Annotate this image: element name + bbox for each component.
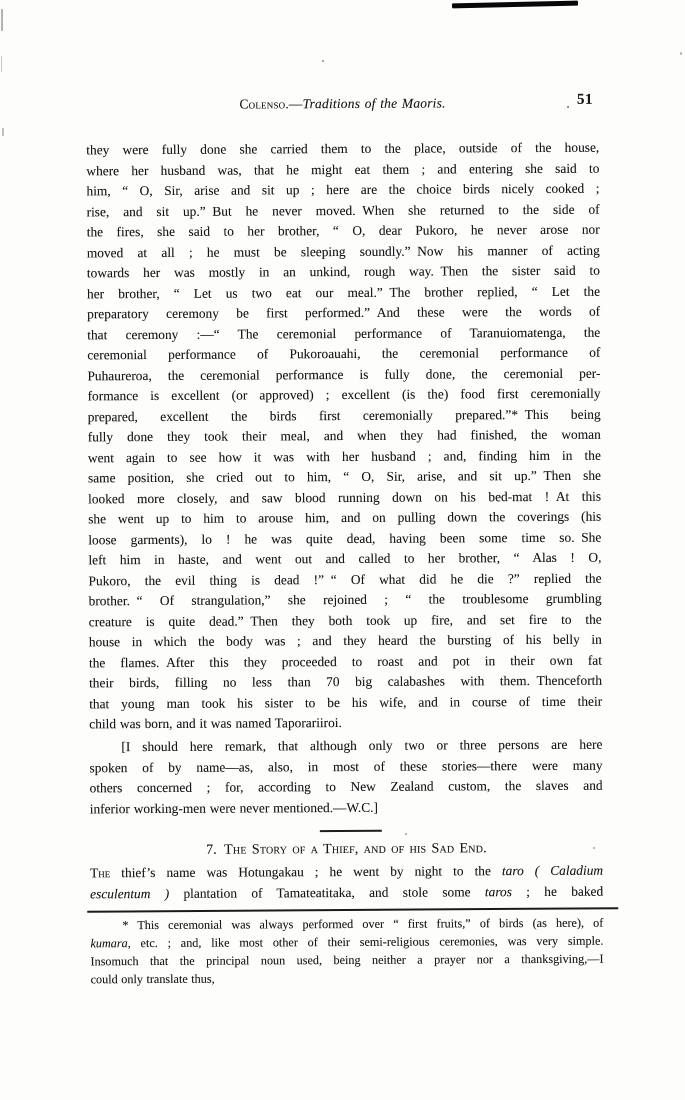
text-line: Puhaureroa, the ceremonial performance i… — [87, 363, 600, 386]
text-line: child was born, and it was named Taporar… — [89, 712, 602, 735]
text-line: fully done they took their meal, and whe… — [88, 425, 601, 448]
page-number: 51 — [577, 92, 593, 109]
running-head-title: Traditions of the Maoris. — [303, 95, 446, 111]
text-line: that young man took his sister to be his… — [89, 691, 602, 714]
text-line: loose garments), lo ! he was quite dead,… — [88, 527, 601, 550]
text-line: they were fully done she carried them to… — [86, 138, 599, 161]
text-line: others concerned ; for, according to New… — [90, 776, 603, 799]
text-line: rise, and sit up.” But he never moved. W… — [87, 199, 600, 222]
text-line: same position, she cried out to him, “ O… — [88, 466, 601, 489]
text-line: spoken of by name—as, also, in most of t… — [89, 755, 602, 778]
text-line: brother. “ Of strangulation,” she rejoin… — [89, 589, 602, 612]
footnote-separator-rule — [87, 907, 618, 912]
page-content: Colenso.—Traditions of the Maoris. 51 th… — [86, 95, 604, 1058]
scan-artifact-edge-mark — [1, 9, 3, 31]
text-line: that ceremony :—“ The ceremonial perform… — [87, 322, 600, 345]
scan-artifact-top-bar — [452, 1, 578, 8]
text-line: went again to see how it was with her hu… — [88, 445, 601, 468]
text-line: him, “ O, Sir, arise and sit up ; here a… — [86, 179, 599, 202]
text-line: towards her was mostly in an unkind, rou… — [87, 261, 600, 284]
text-line: Insomuch that the principal noun used, b… — [90, 950, 603, 971]
text-line: her brother, “ Let us two eat our meal.”… — [87, 281, 600, 304]
text-line: the flames. After this they proceeded to… — [89, 650, 602, 673]
scan-artifact-edge-mark — [1, 56, 2, 72]
text-line: where her husband was, that he might eat… — [86, 158, 599, 181]
scan-artifact-speck — [322, 60, 324, 62]
scan-artifact-page-dot — [567, 106, 569, 108]
text-line: The thief’s name was Hotungakau ; he wen… — [90, 861, 603, 884]
text-line: looked more closely, and saw blood runni… — [88, 486, 601, 509]
running-head-author: Colenso. — [239, 96, 289, 111]
text-line: could only translate thus, — [91, 968, 604, 989]
text-line: esculentum ) plantation of Tamateatitaka… — [90, 881, 603, 904]
text-line: [I should here remark, that although onl… — [89, 735, 602, 758]
text-line: left him in haste, and went out and call… — [88, 548, 601, 571]
scan-artifact-speck — [680, 52, 682, 55]
text-line: house in which the body was ; and they h… — [89, 630, 602, 653]
story-paragraph: they were fully done she carried them to… — [86, 138, 602, 735]
running-head-separator: — — [289, 96, 303, 111]
running-head: Colenso.—Traditions of the Maoris. 51 — [86, 95, 599, 118]
section-divider-rule — [320, 830, 382, 833]
text-line: ceremonial performance of Pukoroauahi, t… — [87, 343, 600, 366]
text-line: moved at all ; he must be sleeping sound… — [87, 240, 600, 263]
text-line: she went up to him to arouse him, and on… — [88, 507, 601, 530]
scan-artifact-edge-mark — [2, 128, 4, 136]
text-line: Pukoro, the evil thing is dead !” “ Of w… — [88, 568, 601, 591]
text-line: their birds, filling no less than 70 big… — [89, 671, 602, 694]
section-heading: 7. The Story of a Thief, and of his Sad … — [90, 841, 603, 860]
editor-note-paragraph: [I should here remark, that although onl… — [89, 735, 602, 820]
text-line: inferior working-men were never mentione… — [90, 796, 603, 819]
text-line: prepared, excellent the birds first cere… — [88, 404, 601, 427]
text-line: the fires, she said to her brother, “ O,… — [87, 220, 600, 243]
section-opening-paragraph: The thief’s name was Hotungakau ; he wen… — [90, 861, 603, 905]
text-line: creature is quite dead.” Then they both … — [89, 609, 602, 632]
text-line: preparatory ceremony be first performed.… — [87, 302, 600, 325]
scanned-book-page: Colenso.—Traditions of the Maoris. 51 th… — [0, 0, 685, 1100]
footnote-paragraph: * This ceremonial was always performed o… — [90, 914, 603, 989]
text-line: formance is excellent (or approved) ; ex… — [88, 384, 601, 407]
